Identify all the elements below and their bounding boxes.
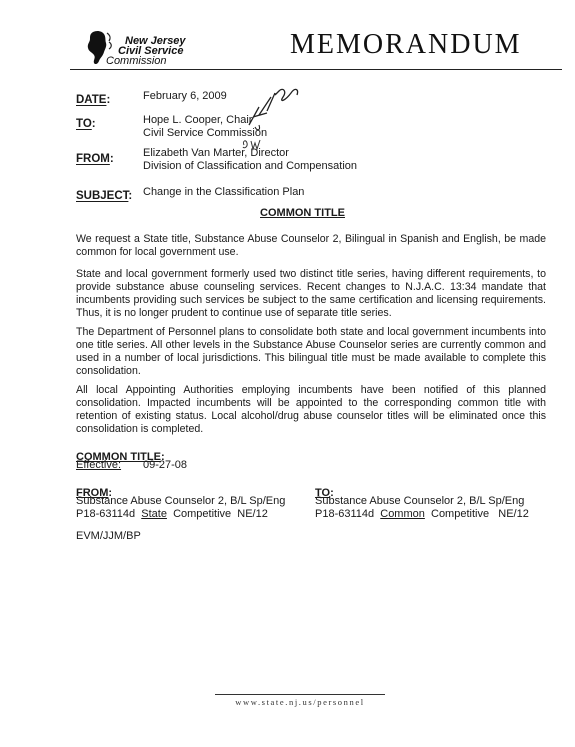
section-heading: COMMON TITLE	[0, 207, 575, 219]
to-title-details: P18-63114d Common Competitive NE/12	[315, 508, 529, 521]
from-title-type: State	[141, 508, 167, 520]
from-label: FROM	[76, 153, 110, 165]
org-name-line3: Commission	[106, 56, 167, 66]
effective-date: 09-27-08	[143, 459, 187, 472]
reference-initials: EVM/JJM/BP	[76, 530, 141, 543]
header-divider	[70, 69, 562, 70]
footer-website: www.state.nj.us/personnel	[215, 697, 385, 707]
effective-label: Effective:	[76, 459, 121, 472]
to-title-grade: NE/12	[498, 508, 529, 520]
date-label-wrap: DATE:	[76, 90, 110, 108]
date-label: DATE	[76, 94, 106, 106]
subject-value: Change in the Classification Plan	[143, 186, 304, 199]
subject-label: SUBJECT	[76, 190, 128, 202]
to-label-wrap: TO:	[76, 114, 96, 132]
from-label-wrap: FROM:	[76, 149, 114, 167]
document-title: MEMORANDUM	[290, 29, 522, 61]
to-title-type: Common	[380, 508, 425, 520]
from-sender-name: Elizabeth Van Marter, Director	[143, 147, 289, 160]
to-title-class: Competitive	[431, 508, 489, 520]
subject-label-wrap: SUBJECT:	[76, 186, 132, 204]
from-title-grade: NE/12	[237, 508, 268, 520]
from-sender-division: Division of Classification and Compensat…	[143, 160, 357, 173]
to-title-code: P18-63114d	[315, 508, 374, 520]
from-title-class: Competitive	[173, 508, 231, 520]
from-title-code: P18-63114d	[76, 508, 135, 520]
from-title-name: Substance Abuse Counselor 2, B/L Sp/Eng	[76, 495, 285, 508]
date-value: February 6, 2009	[143, 90, 227, 103]
body-paragraph-1: We request a State title, Substance Abus…	[76, 233, 546, 259]
from-title-details: P18-63114d State Competitive NE/12	[76, 508, 268, 521]
footer-divider	[215, 694, 385, 695]
to-recipient-name: Hope L. Cooper, Chair	[143, 114, 252, 127]
body-paragraph-3: The Department of Personnel plans to con…	[76, 326, 546, 378]
body-paragraph-2: State and local government formerly used…	[76, 268, 546, 320]
nj-civil-service-logo: New Jersey Civil Service Commission	[85, 28, 205, 70]
to-recipient-org: Civil Service Commission	[143, 127, 267, 140]
to-label: TO	[76, 118, 92, 130]
body-paragraph-4: All local Appointing Authorities employi…	[76, 384, 546, 436]
to-title-name: Substance Abuse Counselor 2, B/L Sp/Eng	[315, 495, 524, 508]
